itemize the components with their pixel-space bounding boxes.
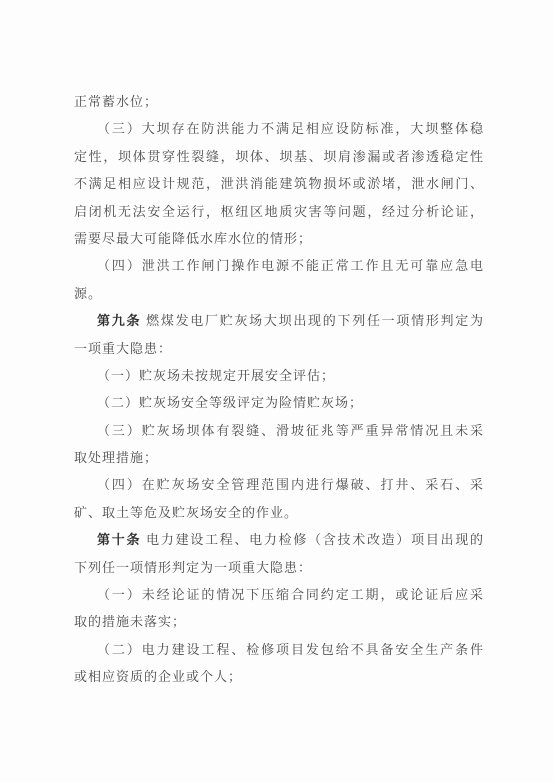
text-line: 需要尽最大可能降低水库水位的情形；: [74, 225, 484, 252]
text-line: （一）贮灰场未按规定开展安全评估；: [74, 362, 484, 389]
text-line-article-10: 第十条 电力建设工程、电力检修（含技术改造）项目出现的: [74, 526, 484, 553]
document-text-block: 正常蓄水位； （三）大坝存在防洪能力不满足相应设防标准，大坝整体稳 定性，坝体贯…: [74, 88, 484, 691]
text-line: （三）贮灰场坝体有裂缝、滑坡征兆等严重异常情况且未采: [74, 417, 484, 444]
text-line: （三）大坝存在防洪能力不满足相应设防标准，大坝整体稳: [74, 115, 484, 142]
article-9-number: 第九条: [97, 313, 141, 328]
text-line: 矿、取土等危及贮灰场安全的作业。: [74, 499, 484, 526]
text-line: （一）未经论证的情况下压缩合同约定工期，或论证后应采: [74, 581, 484, 608]
article-10-text: 电力建设工程、电力检修（含技术改造）项目出现的: [141, 532, 484, 547]
text-line: 不满足相应设计规范，泄洪消能建筑物损坏或淤堵，泄水闸门、: [74, 170, 484, 197]
document-page: 正常蓄水位； （三）大坝存在防洪能力不满足相应设防标准，大坝整体稳 定性，坝体贯…: [0, 0, 553, 782]
text-line: 取的措施未落实；: [74, 608, 484, 635]
text-line: 源。: [74, 280, 484, 307]
text-line-article-9: 第九条 燃煤发电厂贮灰场大坝出现的下列任一项情形判定为: [74, 307, 484, 334]
text-line: 或相应资质的企业或个人；: [74, 663, 484, 690]
text-line: （四）在贮灰场安全管理范围内进行爆破、打井、采石、采: [74, 471, 484, 498]
text-line: 正常蓄水位；: [74, 88, 484, 115]
article-10-number: 第十条: [97, 532, 141, 547]
text-line: 启闭机无法安全运行，枢纽区地质灾害等问题，经过分析论证，: [74, 198, 484, 225]
text-line: 一项重大隐患：: [74, 335, 484, 362]
text-line: 取处理措施；: [74, 444, 484, 471]
text-line: 下列任一项情形判定为一项重大隐患：: [74, 554, 484, 581]
text-line: 定性，坝体贯穿性裂缝，坝体、坝基、坝肩渗漏或者渗透稳定性: [74, 143, 484, 170]
text-line: （二）电力建设工程、检修项目发包给不具备安全生产条件: [74, 636, 484, 663]
text-line: （二）贮灰场安全等级评定为险情贮灰场；: [74, 389, 484, 416]
text-line: （四）泄洪工作闸门操作电源不能正常工作且无可靠应急电: [74, 252, 484, 279]
article-9-text: 燃煤发电厂贮灰场大坝出现的下列任一项情形判定为: [141, 313, 484, 328]
